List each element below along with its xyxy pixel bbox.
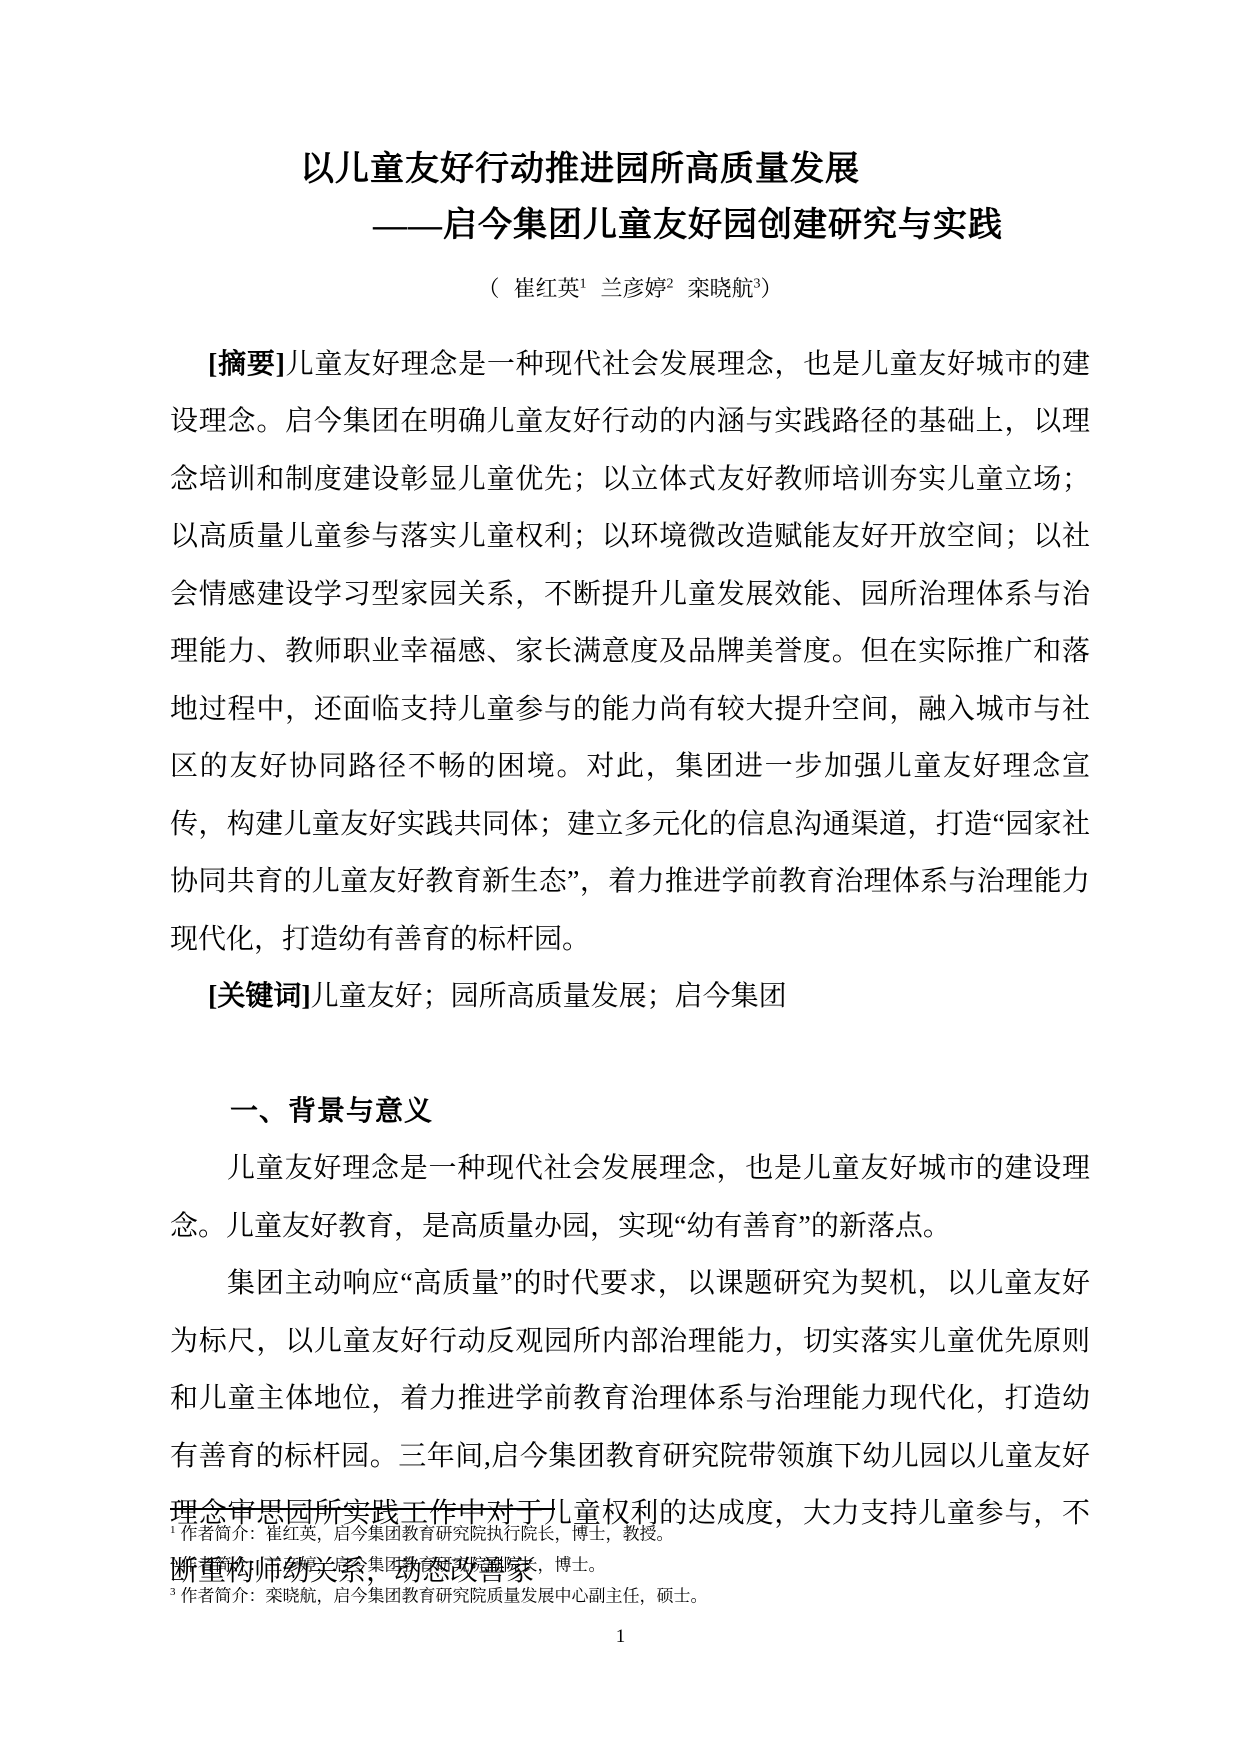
author-1-footnote-ref: 1 [579, 277, 586, 292]
author-2-footnote-ref: 2 [667, 277, 674, 292]
footnote-3: 3作者简介：栾晓航，启今集团教育研究院质量发展中心副主任，硕士。 [170, 1579, 1090, 1610]
document-page: 以儿童友好行动推进园所高质量发展 ——启今集团儿童友好园创建研究与实践 （崔红英… [0, 0, 1241, 1754]
abstract-label: [摘要] [208, 349, 285, 380]
paper-subtitle: ——启今集团儿童友好园创建研究与实践 [286, 202, 1090, 250]
author-1-name: 崔红英 [513, 276, 579, 301]
abstract-paragraph: [摘要]儿童友好理念是一种现代社会发展理念，也是儿童友好城市的建设理念。启今集团… [170, 336, 1090, 969]
keywords-text: 儿童友好；园所高质量发展；启今集团 [311, 981, 787, 1012]
footnote-2-text: 作者简介：兰彦婷，启今集团教育研究院副院长，博士。 [181, 1556, 606, 1575]
author-2: 兰彦婷2 [600, 276, 673, 301]
footnote-1-text: 作者简介：崔红英，启今集团教育研究院执行院长，博士，教授。 [181, 1525, 674, 1544]
section-heading: 一、背景与意义 [170, 1083, 1090, 1141]
footnote-1: 1作者简介：崔红英，启今集团教育研究院执行院长，博士，教授。 [170, 1517, 1090, 1548]
footnote-3-text: 作者简介：栾晓航，启今集团教育研究院质量发展中心副主任，硕士。 [181, 1587, 708, 1606]
author-3-name: 栾晓航 [688, 276, 754, 301]
page-content: 以儿童友好行动推进园所高质量发展 ——启今集团儿童友好园创建研究与实践 （崔红英… [0, 0, 1241, 1600]
keywords-line: [关键词]儿童友好；园所高质量发展；启今集团 [170, 968, 1090, 1026]
authors-line: （崔红英1兰彦婷2栾晓航3） [170, 275, 1090, 304]
author-1: 崔红英1 [513, 276, 586, 301]
paper-title: 以儿童友好行动推进园所高质量发展 [170, 146, 990, 194]
footnotes-block: 1作者简介：崔红英，启今集团教育研究院执行院长，博士，教授。 2作者简介：兰彦婷… [170, 1508, 1090, 1610]
author-3-footnote-ref: 3 [754, 277, 761, 292]
authors-paren-close: ） [761, 276, 783, 301]
page-number: 1 [0, 1626, 1241, 1648]
author-2-name: 兰彦婷 [600, 276, 666, 301]
footnote-1-marker: 1 [170, 1524, 176, 1536]
section-paragraph-1: 儿童友好理念是一种现代社会发展理念，也是儿童友好城市的建设理念。儿童友好教育，是… [170, 1140, 1090, 1255]
abstract-text: 儿童友好理念是一种现代社会发展理念，也是儿童友好城市的建设理念。启今集团在明确儿… [170, 349, 1090, 955]
authors-paren-open: （ [477, 276, 499, 301]
author-3: 栾晓航3 [688, 276, 761, 301]
footnote-2-marker: 2 [170, 1555, 176, 1567]
footnote-3-marker: 3 [170, 1586, 176, 1598]
footnote-divider [170, 1508, 555, 1510]
keywords-label: [关键词] [208, 981, 311, 1012]
footnote-2: 2作者简介：兰彦婷，启今集团教育研究院副院长，博士。 [170, 1548, 1090, 1579]
